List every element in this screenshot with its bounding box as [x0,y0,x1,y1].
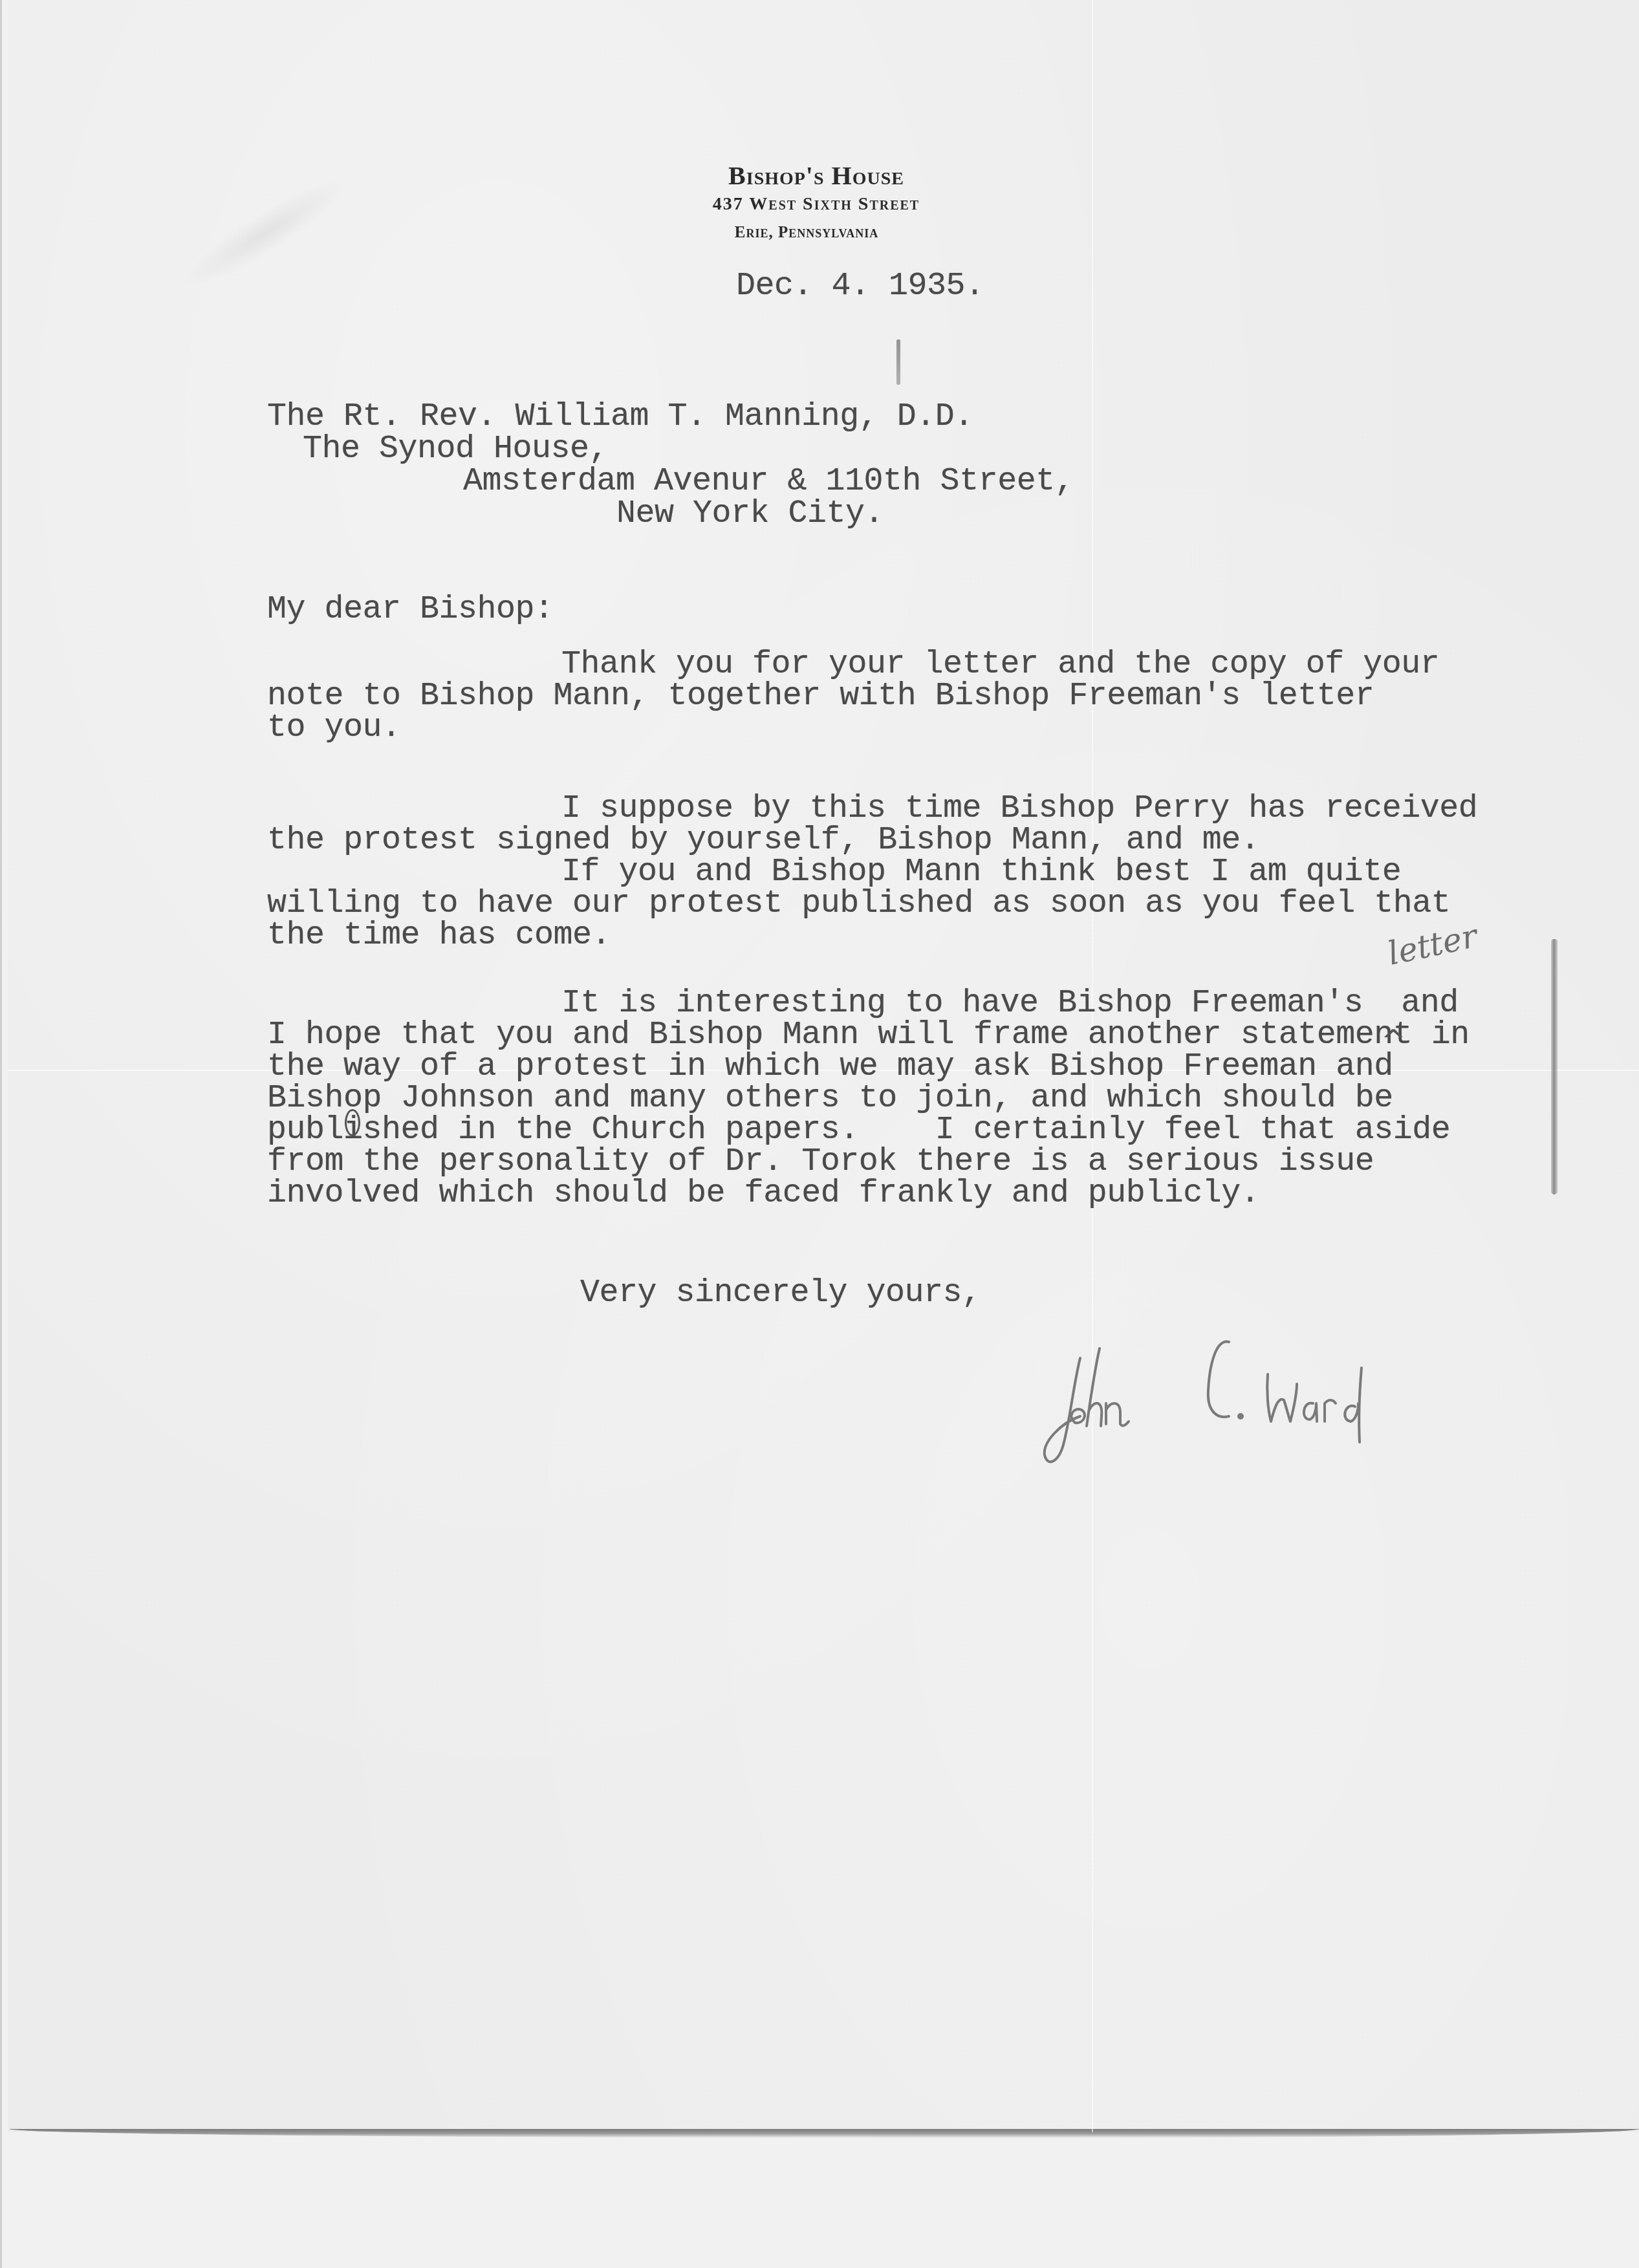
body-line: the way of a protest in which we may ask… [267,1051,1393,1083]
recipient-address-line: Amsterdam Avenur & 110th Street, [463,466,1074,498]
body-line: from the personality of Dr. Torok there … [267,1146,1374,1178]
recipient-address-line: The Synod House, [303,433,608,466]
pencil-margin-line [1551,939,1558,1194]
letterhead-city: Erie, Pennsylvania [0,224,1626,242]
scan-left-edge [0,0,2,2268]
body-line: I suppose by this time Bishop Perry has … [561,793,1477,825]
body-line: It is interesting to have Bishop Freeman… [561,988,1459,1020]
letterhead-street: 437 West Sixth Street [0,194,1636,215]
closing: Very sincerely yours, [580,1277,981,1310]
body-line: involved which should be faced frankly a… [267,1178,1259,1210]
ink-mark [896,340,900,385]
body-line: the protest signed by yourself, Bishop M… [267,825,1259,857]
recipient-name: The Rt. Rev. William T. Manning, D.D. [267,401,973,433]
salutation: My dear Bishop: [267,594,554,626]
body-line: If you and Bishop Mann think best I am q… [561,856,1401,889]
signature: John C. Ward [1035,1313,1449,1474]
body-line: to you. [267,712,401,744]
body-line: Bishop Johnson and many others to join, … [267,1083,1393,1115]
body-line: note to Bishop Mann, together with Bisho… [267,680,1374,713]
body-line: Thank you for your letter and the copy o… [561,649,1439,681]
letter-date: Dec. 4. 1935. [736,270,984,303]
signature-icon [1035,1313,1449,1474]
letterhead-name: Bishop's House [0,160,1636,191]
paper-bottom-shadow [9,2129,1639,2138]
body-line: published in the Church papers. I certai… [267,1114,1450,1147]
recipient-city: New York City. [616,498,884,530]
body-line: willing to have our protest published as… [267,888,1450,920]
handwritten-correction-mark [345,1109,360,1136]
body-line: I hope that you and Bishop Mann will fra… [267,1019,1470,1052]
body-line: the time has come. [267,920,611,952]
insertion-caret-icon: ^ [1381,1023,1406,1058]
